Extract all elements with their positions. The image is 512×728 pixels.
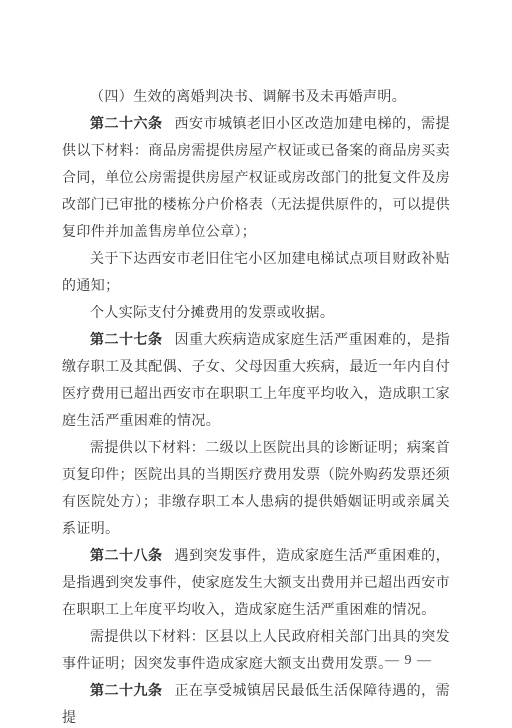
article-number: 第二十九条 bbox=[90, 684, 163, 699]
paragraph: 第二十九条正在享受城镇居民最低生活保障待遇的，需提 bbox=[62, 678, 450, 728]
page-number: — 9 — bbox=[385, 651, 432, 671]
paragraph-text: 个人实际支付分摊费用的发票或收据。 bbox=[90, 306, 334, 321]
article-number: 第二十六条 bbox=[90, 117, 163, 132]
paragraph: 需提供以下材料：二级以上医院出具的诊断证明；病案首页复印件；医院出具的当期医疗费… bbox=[62, 435, 450, 543]
paragraph: 第二十七条因重大疾病造成家庭生活严重困难的，是指缴存职工及其配偶、子女、父母因重… bbox=[62, 327, 450, 435]
paragraph-text: （四）生效的离婚判决书、调解书及未再婚声明。 bbox=[90, 90, 406, 105]
paragraph-text: 西安市城镇老旧小区改造加建电梯的，需提供以下材料：商品房需提供房屋产权证或已备案… bbox=[62, 117, 450, 240]
paragraph-text: 关于下达西安市老旧住宅小区加建电梯试点项目财政补贴的通知； bbox=[62, 252, 450, 294]
document-text-block: （四）生效的离婚判决书、调解书及未再婚声明。 第二十六条西安市城镇老旧小区改造加… bbox=[62, 84, 450, 728]
paragraph: 关于下达西安市老旧住宅小区加建电梯试点项目财政补贴的通知； bbox=[62, 246, 450, 300]
paragraph: 第二十八条遇到突发事件，造成家庭生活严重困难的，是指遇到突发事件，使家庭发生大额… bbox=[62, 543, 450, 624]
paragraph: （四）生效的离婚判决书、调解书及未再婚声明。 bbox=[62, 84, 450, 111]
article-number: 第二十七条 bbox=[90, 333, 163, 348]
document-page: （四）生效的离婚判决书、调解书及未再婚声明。 第二十六条西安市城镇老旧小区改造加… bbox=[0, 0, 512, 728]
paragraph-text: 需提供以下材料：二级以上医院出具的诊断证明；病案首页复印件；医院出具的当期医疗费… bbox=[62, 441, 450, 537]
paragraph: 第二十六条西安市城镇老旧小区改造加建电梯的，需提供以下材料：商品房需提供房屋产权… bbox=[62, 111, 450, 246]
article-number: 第二十八条 bbox=[90, 549, 163, 564]
paragraph: 个人实际支付分摊费用的发票或收据。 bbox=[62, 300, 450, 327]
